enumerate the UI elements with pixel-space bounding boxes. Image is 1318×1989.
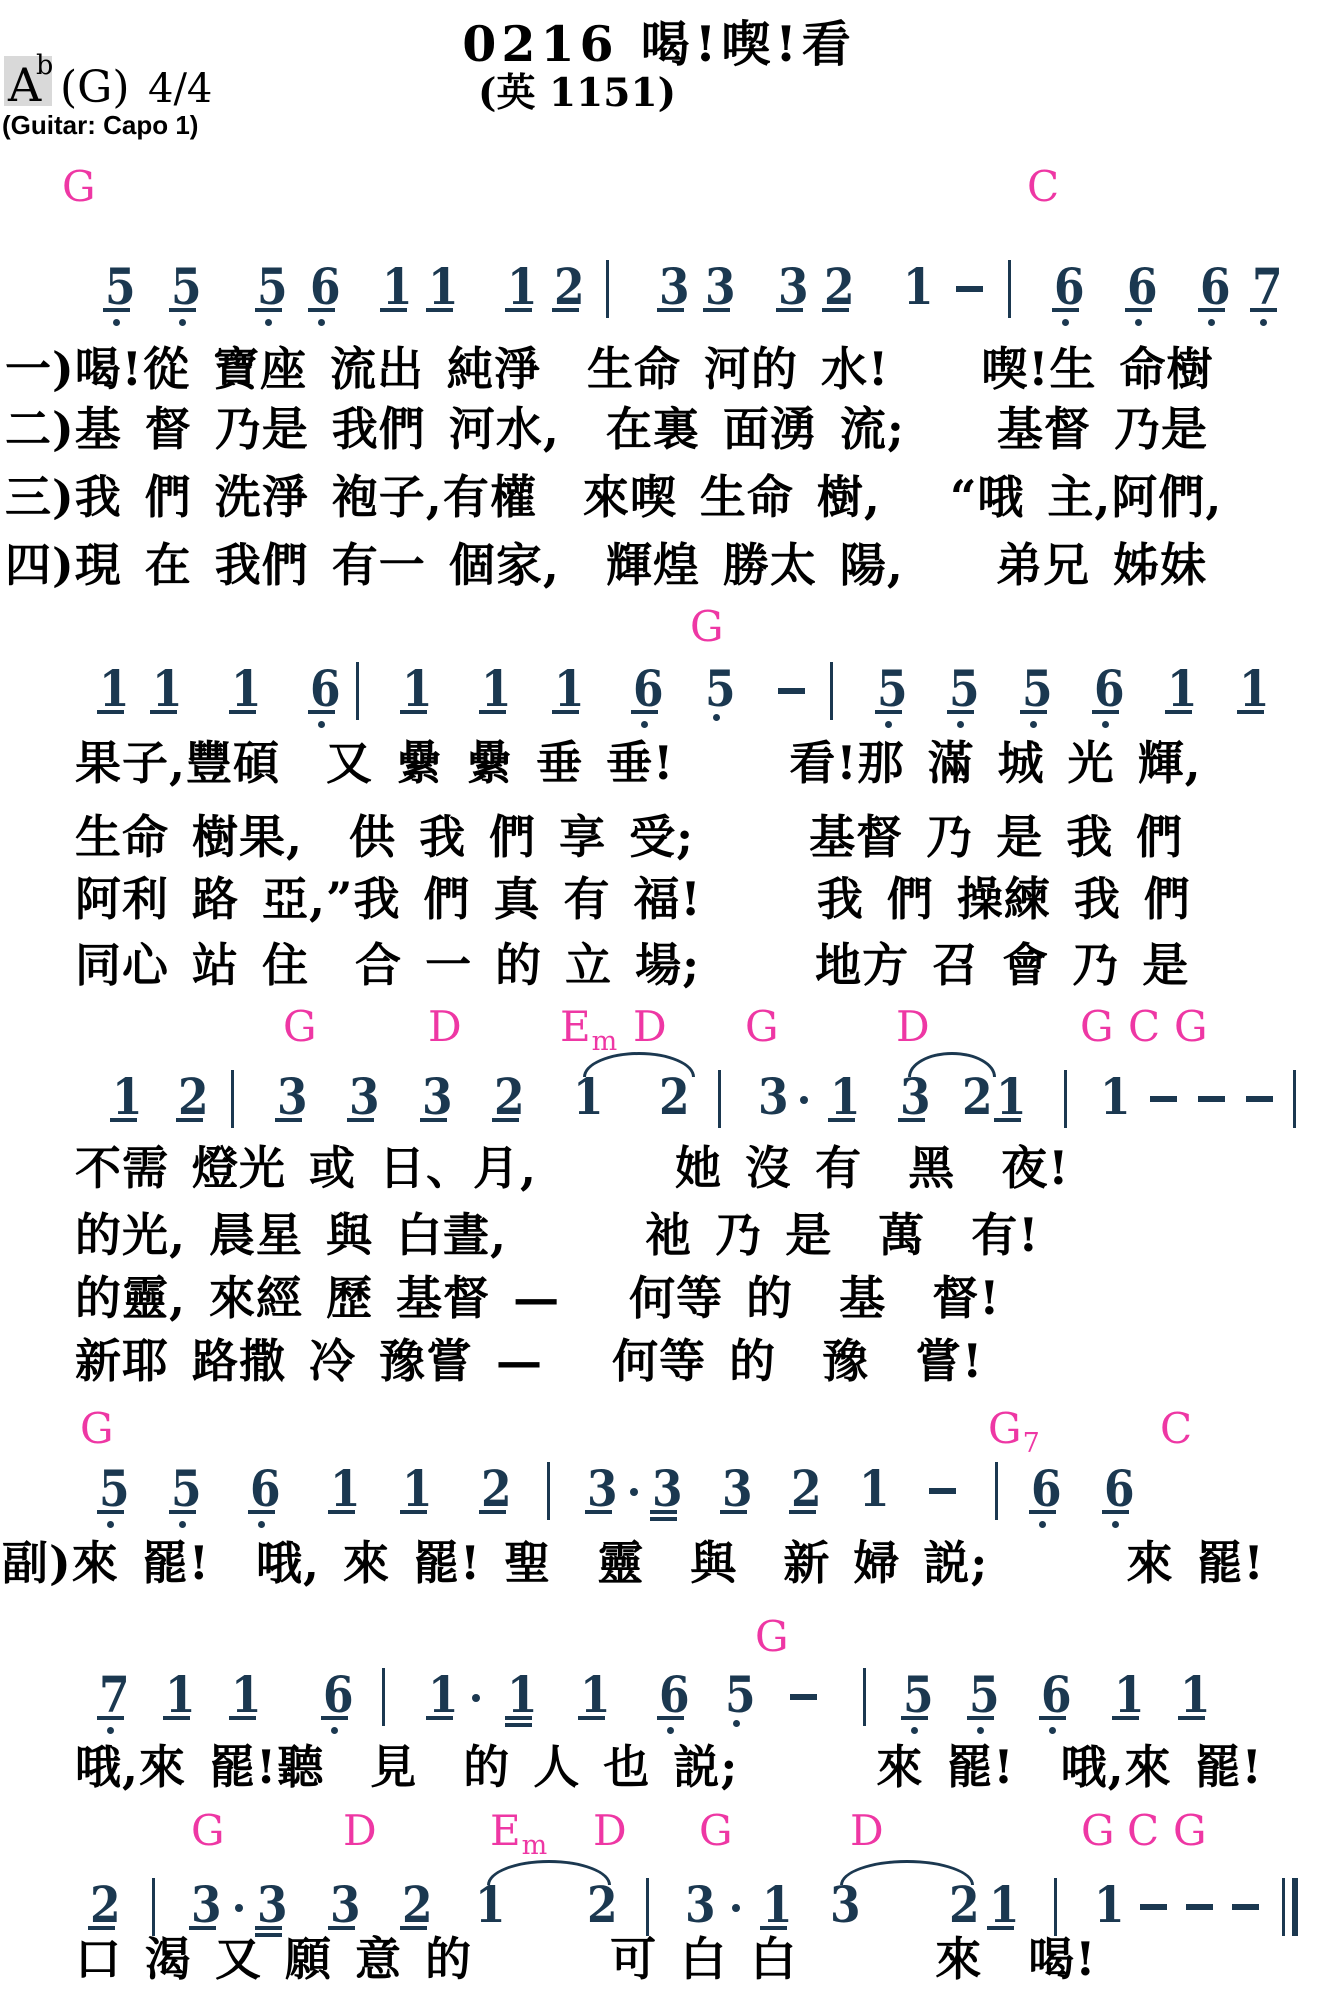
note-3: 3 — [685, 1880, 716, 1930]
note-2: 2 — [554, 262, 585, 312]
note-underline — [169, 1510, 196, 1514]
note-underline — [789, 1510, 816, 1514]
note-6: 6 — [1200, 262, 1231, 312]
note-underline — [400, 1926, 427, 1930]
note-2: 2 — [949, 1880, 980, 1930]
note-6: 6 — [1094, 664, 1125, 714]
note-1: 1 — [99, 664, 130, 714]
note-3: 3 — [722, 1464, 753, 1514]
note-underline — [328, 1926, 355, 1930]
note-underline — [994, 1118, 1021, 1122]
chord-D: D — [428, 1006, 462, 1048]
note-1: 1 — [996, 1072, 1027, 1122]
note-underline — [1198, 308, 1225, 312]
lyric-line-3: 三)我 們 洗淨 袍子,有權 來喫 生命 樹, “哦 主,阿們, — [5, 472, 1222, 523]
note-1: 1 — [762, 1880, 793, 1930]
note-1: 1 — [481, 664, 512, 714]
barline — [547, 1462, 550, 1520]
note-6: 6 — [310, 664, 341, 714]
note-2: 2 — [587, 1880, 618, 1930]
note-1: 1 — [507, 1670, 538, 1720]
note-5: 5 — [1022, 664, 1053, 714]
octave-dot — [733, 1720, 740, 1727]
note-1: 1 — [1100, 1072, 1131, 1122]
duration-dot — [800, 1096, 808, 1104]
barline — [1008, 260, 1011, 318]
note-1: 1 — [112, 1072, 143, 1122]
note-underline — [631, 710, 658, 714]
note-1: 1 — [507, 262, 538, 312]
note-underline — [875, 710, 902, 714]
note-3: 3 — [705, 262, 736, 312]
octave-dot — [318, 721, 325, 728]
note-underline — [103, 308, 130, 312]
note-5: 5 — [877, 664, 908, 714]
note-1: 1 — [554, 664, 585, 714]
note-3: 3 — [758, 1072, 789, 1122]
barline — [382, 1668, 385, 1726]
note-underline — [650, 1517, 677, 1521]
note-underline — [328, 1510, 355, 1514]
chord-G7: G7 — [988, 1408, 1039, 1450]
note-3: 3 — [900, 1072, 931, 1122]
note-6: 6 — [310, 262, 341, 312]
note-underline — [426, 1716, 453, 1720]
note-underline — [400, 710, 427, 714]
chord-D: D — [593, 1810, 627, 1852]
note-6: 6 — [1104, 1464, 1135, 1514]
note-underline — [552, 308, 579, 312]
barline — [995, 1462, 998, 1520]
note-1: 1 — [382, 262, 413, 312]
note-1: 1 — [231, 664, 262, 714]
barline — [152, 1878, 155, 1936]
slur — [908, 1052, 996, 1077]
final-barline-thick — [1292, 1878, 1298, 1936]
note-underline — [150, 710, 177, 714]
chord-C: C — [1027, 166, 1059, 208]
duration-dash — [1198, 1096, 1225, 1102]
duration-dash — [956, 286, 983, 292]
note-1: 1 — [428, 262, 459, 312]
note-underline — [492, 1118, 519, 1122]
note-underline — [347, 1118, 374, 1122]
octave-dot — [318, 319, 325, 326]
note-underline — [97, 1510, 124, 1514]
note-5: 5 — [171, 1464, 202, 1514]
note-underline — [479, 710, 506, 714]
note-2: 2 — [402, 1880, 433, 1930]
note-5: 5 — [705, 664, 736, 714]
octave-dot — [1062, 319, 1069, 326]
note-6: 6 — [633, 664, 664, 714]
octave-dot — [911, 1727, 918, 1734]
chord-D: D — [896, 1006, 930, 1048]
note-underline — [97, 1716, 124, 1720]
barline — [1054, 1878, 1057, 1936]
chord-G: G — [1173, 1810, 1207, 1852]
note-underline — [650, 1510, 677, 1514]
duration-dash — [929, 1488, 956, 1494]
note-6: 6 — [1054, 262, 1085, 312]
note-underline — [308, 710, 335, 714]
note-3: 3 — [587, 1464, 618, 1514]
duration-dot — [235, 1904, 243, 1912]
chord-subscript: m — [522, 1830, 548, 1861]
note-5: 5 — [725, 1670, 756, 1720]
note-1: 1 — [165, 1670, 196, 1720]
barline — [646, 1878, 649, 1936]
note-2: 2 — [90, 1880, 121, 1930]
chord-D: D — [343, 1810, 377, 1852]
note-underline — [248, 1510, 275, 1514]
note-underline — [1029, 1510, 1056, 1514]
capo-note: (Guitar: Capo 1) — [2, 110, 198, 141]
note-underline — [967, 1716, 994, 1720]
note-underline — [1178, 1716, 1205, 1720]
note-underline — [1102, 1510, 1129, 1514]
note-underline — [1165, 710, 1192, 714]
chord-C: C — [1127, 1810, 1159, 1852]
chord-G: G — [755, 1616, 789, 1658]
note-2: 2 — [962, 1072, 993, 1122]
duration-dot — [630, 1488, 638, 1496]
note-3: 3 — [330, 1880, 361, 1930]
note-underline — [1250, 308, 1277, 312]
time-signature: 4/4 — [148, 66, 212, 112]
slur — [840, 1860, 974, 1885]
note-3: 3 — [652, 1464, 683, 1514]
note-underline — [275, 1118, 302, 1122]
octave-dot — [113, 319, 120, 326]
note-3: 3 — [830, 1880, 861, 1930]
duration-dash — [790, 1694, 817, 1700]
octave-dot — [957, 721, 964, 728]
octave-dot — [107, 1521, 114, 1528]
note-underline — [229, 710, 256, 714]
chord-G: G — [690, 606, 724, 648]
note-6: 6 — [1127, 262, 1158, 312]
note-2: 2 — [494, 1072, 525, 1122]
note-underline — [1237, 710, 1264, 714]
duration-dot — [732, 1904, 740, 1912]
note-underline — [1039, 1716, 1066, 1720]
note-1: 1 — [475, 1880, 506, 1930]
note-underline — [776, 308, 803, 312]
note-7: 7 — [1252, 262, 1283, 312]
duration-dash — [1246, 1096, 1273, 1102]
note-5: 5 — [969, 1670, 1000, 1720]
note-underline — [505, 308, 532, 312]
note-1: 1 — [402, 1464, 433, 1514]
note-2: 2 — [824, 262, 855, 312]
octave-dot — [1112, 1521, 1119, 1528]
octave-dot — [107, 1727, 114, 1734]
note-underline — [88, 1926, 115, 1930]
note-underline — [1112, 1716, 1139, 1720]
note-underline — [505, 1716, 532, 1720]
chord-Em: Em — [490, 1810, 546, 1852]
note-underline — [163, 1716, 190, 1720]
note-underline — [578, 1716, 605, 1720]
note-5: 5 — [903, 1670, 934, 1720]
lyric-line-10: 的光, 晨星 與 白晝, 祂 乃 是 萬 有! — [75, 1210, 1039, 1261]
chord-subscript: 7 — [1023, 1428, 1040, 1459]
lyric-line-1: 一)喝!從 寶座 流出 純淨 生命 河的 水! 喫!生 命樹 — [5, 344, 1214, 395]
note-1: 1 — [859, 1464, 890, 1514]
octave-dot — [331, 1727, 338, 1734]
note-underline — [987, 1926, 1014, 1930]
note-underline — [1020, 710, 1047, 714]
octave-dot — [1039, 1521, 1046, 1528]
note-3: 3 — [659, 262, 690, 312]
note-underline — [822, 308, 849, 312]
octave-dot — [1030, 721, 1037, 728]
chord-G: G — [699, 1810, 733, 1852]
note-underline — [901, 1716, 928, 1720]
note-underline — [176, 1118, 203, 1122]
note-underline — [420, 1118, 447, 1122]
hymn-reference: (英 1151) — [478, 62, 676, 118]
chord-G: G — [1174, 1006, 1208, 1048]
lyric-line-15: 口 渴 又 願 意 的 可 白 白 來 喝! — [75, 1934, 1097, 1985]
barline — [606, 260, 609, 318]
key-flat-symbol: b — [36, 50, 53, 81]
note-1: 1 — [1239, 664, 1270, 714]
octave-dot — [258, 1521, 265, 1528]
note-underline — [97, 710, 124, 714]
barline — [1064, 1070, 1067, 1128]
note-underline — [189, 1926, 216, 1930]
note-underline — [760, 1926, 787, 1930]
note-1: 1 — [903, 262, 934, 312]
chord-G: G — [80, 1408, 114, 1450]
sheet-page: 0216 喝!喫!看 A b (G) 4/4 (英 1151) (Guitar:… — [0, 0, 1318, 1989]
octave-dot — [265, 319, 272, 326]
note-2: 2 — [178, 1072, 209, 1122]
note-6: 6 — [1041, 1670, 1072, 1720]
chord-D: D — [850, 1810, 884, 1852]
note-underline — [169, 308, 196, 312]
chord-G: G — [191, 1810, 225, 1852]
lyric-line-5: 果子,豐碩 又 纍 纍 垂 垂! 看!那 滿 城 光 輝, — [75, 738, 1202, 789]
note-underline — [321, 1716, 348, 1720]
lyric-line-7: 阿利 路 亞,”我 們 真 有 福! 我 們 操練 我 們 — [75, 874, 1191, 925]
note-underline — [380, 308, 407, 312]
lyric-line-4: 四)現 在 我們 有一 個家, 輝煌 勝太 陽, 弟兄 姊妹 — [5, 540, 1207, 591]
note-3: 3 — [349, 1072, 380, 1122]
octave-dot — [1260, 319, 1267, 326]
octave-dot — [1135, 319, 1142, 326]
chord-D: D — [633, 1006, 667, 1048]
note-1: 1 — [152, 664, 183, 714]
octave-dot — [179, 319, 186, 326]
chord-C: C — [1128, 1006, 1160, 1048]
note-underline — [657, 1716, 684, 1720]
octave-dot — [885, 721, 892, 728]
lyric-line-11: 的靈, 來經 歷 基督 — 何等 的 基 督! — [75, 1273, 1000, 1324]
chord-G: G — [283, 1006, 317, 1048]
note-underline — [657, 308, 684, 312]
octave-dot — [977, 1727, 984, 1734]
note-1: 1 — [1167, 664, 1198, 714]
note-5: 5 — [257, 262, 288, 312]
lyric-line-13: 副)來 罷! 哦, 來 罷! 聖 靈 與 新 婦 説; 來 罷! — [2, 1538, 1265, 1589]
octave-dot — [713, 714, 720, 721]
note-3: 3 — [277, 1072, 308, 1122]
note-6: 6 — [659, 1670, 690, 1720]
note-1: 1 — [1180, 1670, 1211, 1720]
chord-subscript: m — [592, 1026, 618, 1057]
note-underline — [720, 1510, 747, 1514]
note-5: 5 — [105, 262, 136, 312]
lyric-line-2: 二)基 督 乃是 我們 河水, 在裏 面湧 流; 基督 乃是 — [5, 404, 1208, 455]
duration-dash — [778, 688, 805, 694]
note-underline — [1052, 308, 1079, 312]
duration-dash — [1150, 1096, 1177, 1102]
octave-dot — [1102, 721, 1109, 728]
duration-dash — [1232, 1904, 1259, 1910]
note-7: 7 — [99, 1670, 130, 1720]
barline — [356, 662, 359, 720]
note-6: 6 — [1031, 1464, 1062, 1514]
note-3: 3 — [778, 262, 809, 312]
note-underline — [703, 308, 730, 312]
note-underline — [898, 1118, 925, 1122]
note-underline — [552, 710, 579, 714]
chord-Em: Em — [560, 1006, 616, 1048]
note-1: 1 — [830, 1072, 861, 1122]
key-alternate: (G) — [60, 62, 129, 113]
note-underline — [479, 1510, 506, 1514]
note-1: 1 — [1094, 1880, 1125, 1930]
duration-dash — [1186, 1904, 1213, 1910]
lyric-line-12: 新耶 路撒 冷 豫嘗 — 何等 的 豫 嘗! — [75, 1336, 983, 1387]
barline — [231, 1070, 234, 1128]
note-3: 3 — [191, 1880, 222, 1930]
note-3: 3 — [422, 1072, 453, 1122]
final-barline-thin — [1282, 1878, 1285, 1936]
note-underline — [1125, 308, 1152, 312]
note-underline — [505, 1723, 532, 1727]
note-6: 6 — [323, 1670, 354, 1720]
note-underline — [308, 308, 335, 312]
note-underline — [255, 308, 282, 312]
lyric-line-6: 生命 樹果, 供 我 們 享 受; 基督 乃 是 我 們 — [75, 812, 1183, 863]
note-2: 2 — [659, 1072, 690, 1122]
note-1: 1 — [330, 1464, 361, 1514]
note-1: 1 — [231, 1670, 262, 1720]
note-5: 5 — [171, 262, 202, 312]
note-1: 1 — [402, 664, 433, 714]
barline — [830, 662, 833, 720]
chord-G: G — [1080, 1006, 1114, 1048]
octave-dot — [1049, 1727, 1056, 1734]
lyric-line-9: 不需 燈光 或 日、月, 她 沒 有 黑 夜! — [75, 1143, 1069, 1194]
octave-dot — [179, 1521, 186, 1528]
duration-dot — [472, 1694, 480, 1702]
note-underline — [255, 1926, 282, 1930]
note-1: 1 — [428, 1670, 459, 1720]
note-underline — [828, 1118, 855, 1122]
chord-G: G — [62, 166, 96, 208]
note-underline — [947, 710, 974, 714]
lyric-line-8: 同心 站 住 合 一 的 立 場; 地方 召 會 乃 是 — [75, 940, 1189, 991]
note-3: 3 — [257, 1880, 288, 1930]
note-5: 5 — [949, 664, 980, 714]
note-2: 2 — [791, 1464, 822, 1514]
note-underline — [400, 1510, 427, 1514]
note-1: 1 — [573, 1072, 604, 1122]
note-2: 2 — [481, 1464, 512, 1514]
barline — [1293, 1070, 1296, 1128]
octave-dot — [641, 721, 648, 728]
barline — [718, 1070, 721, 1128]
note-1: 1 — [1114, 1670, 1145, 1720]
octave-dot — [1208, 319, 1215, 326]
note-1: 1 — [580, 1670, 611, 1720]
chord-C: C — [1160, 1408, 1192, 1450]
lyric-line-14: 哦,來 罷!聽 見 的 人 也 説; 來 罷! 哦,來 罷! — [75, 1742, 1263, 1793]
note-underline — [585, 1510, 612, 1514]
barline — [863, 1668, 866, 1726]
duration-dash — [1140, 1904, 1167, 1910]
note-5: 5 — [99, 1464, 130, 1514]
note-underline — [229, 1716, 256, 1720]
note-underline — [426, 308, 453, 312]
note-underline — [110, 1118, 137, 1122]
chord-G: G — [745, 1006, 779, 1048]
note-underline — [1092, 710, 1119, 714]
slur — [487, 1860, 611, 1885]
note-1: 1 — [989, 1880, 1020, 1930]
chord-G: G — [1081, 1810, 1115, 1852]
note-6: 6 — [250, 1464, 281, 1514]
octave-dot — [667, 1727, 674, 1734]
